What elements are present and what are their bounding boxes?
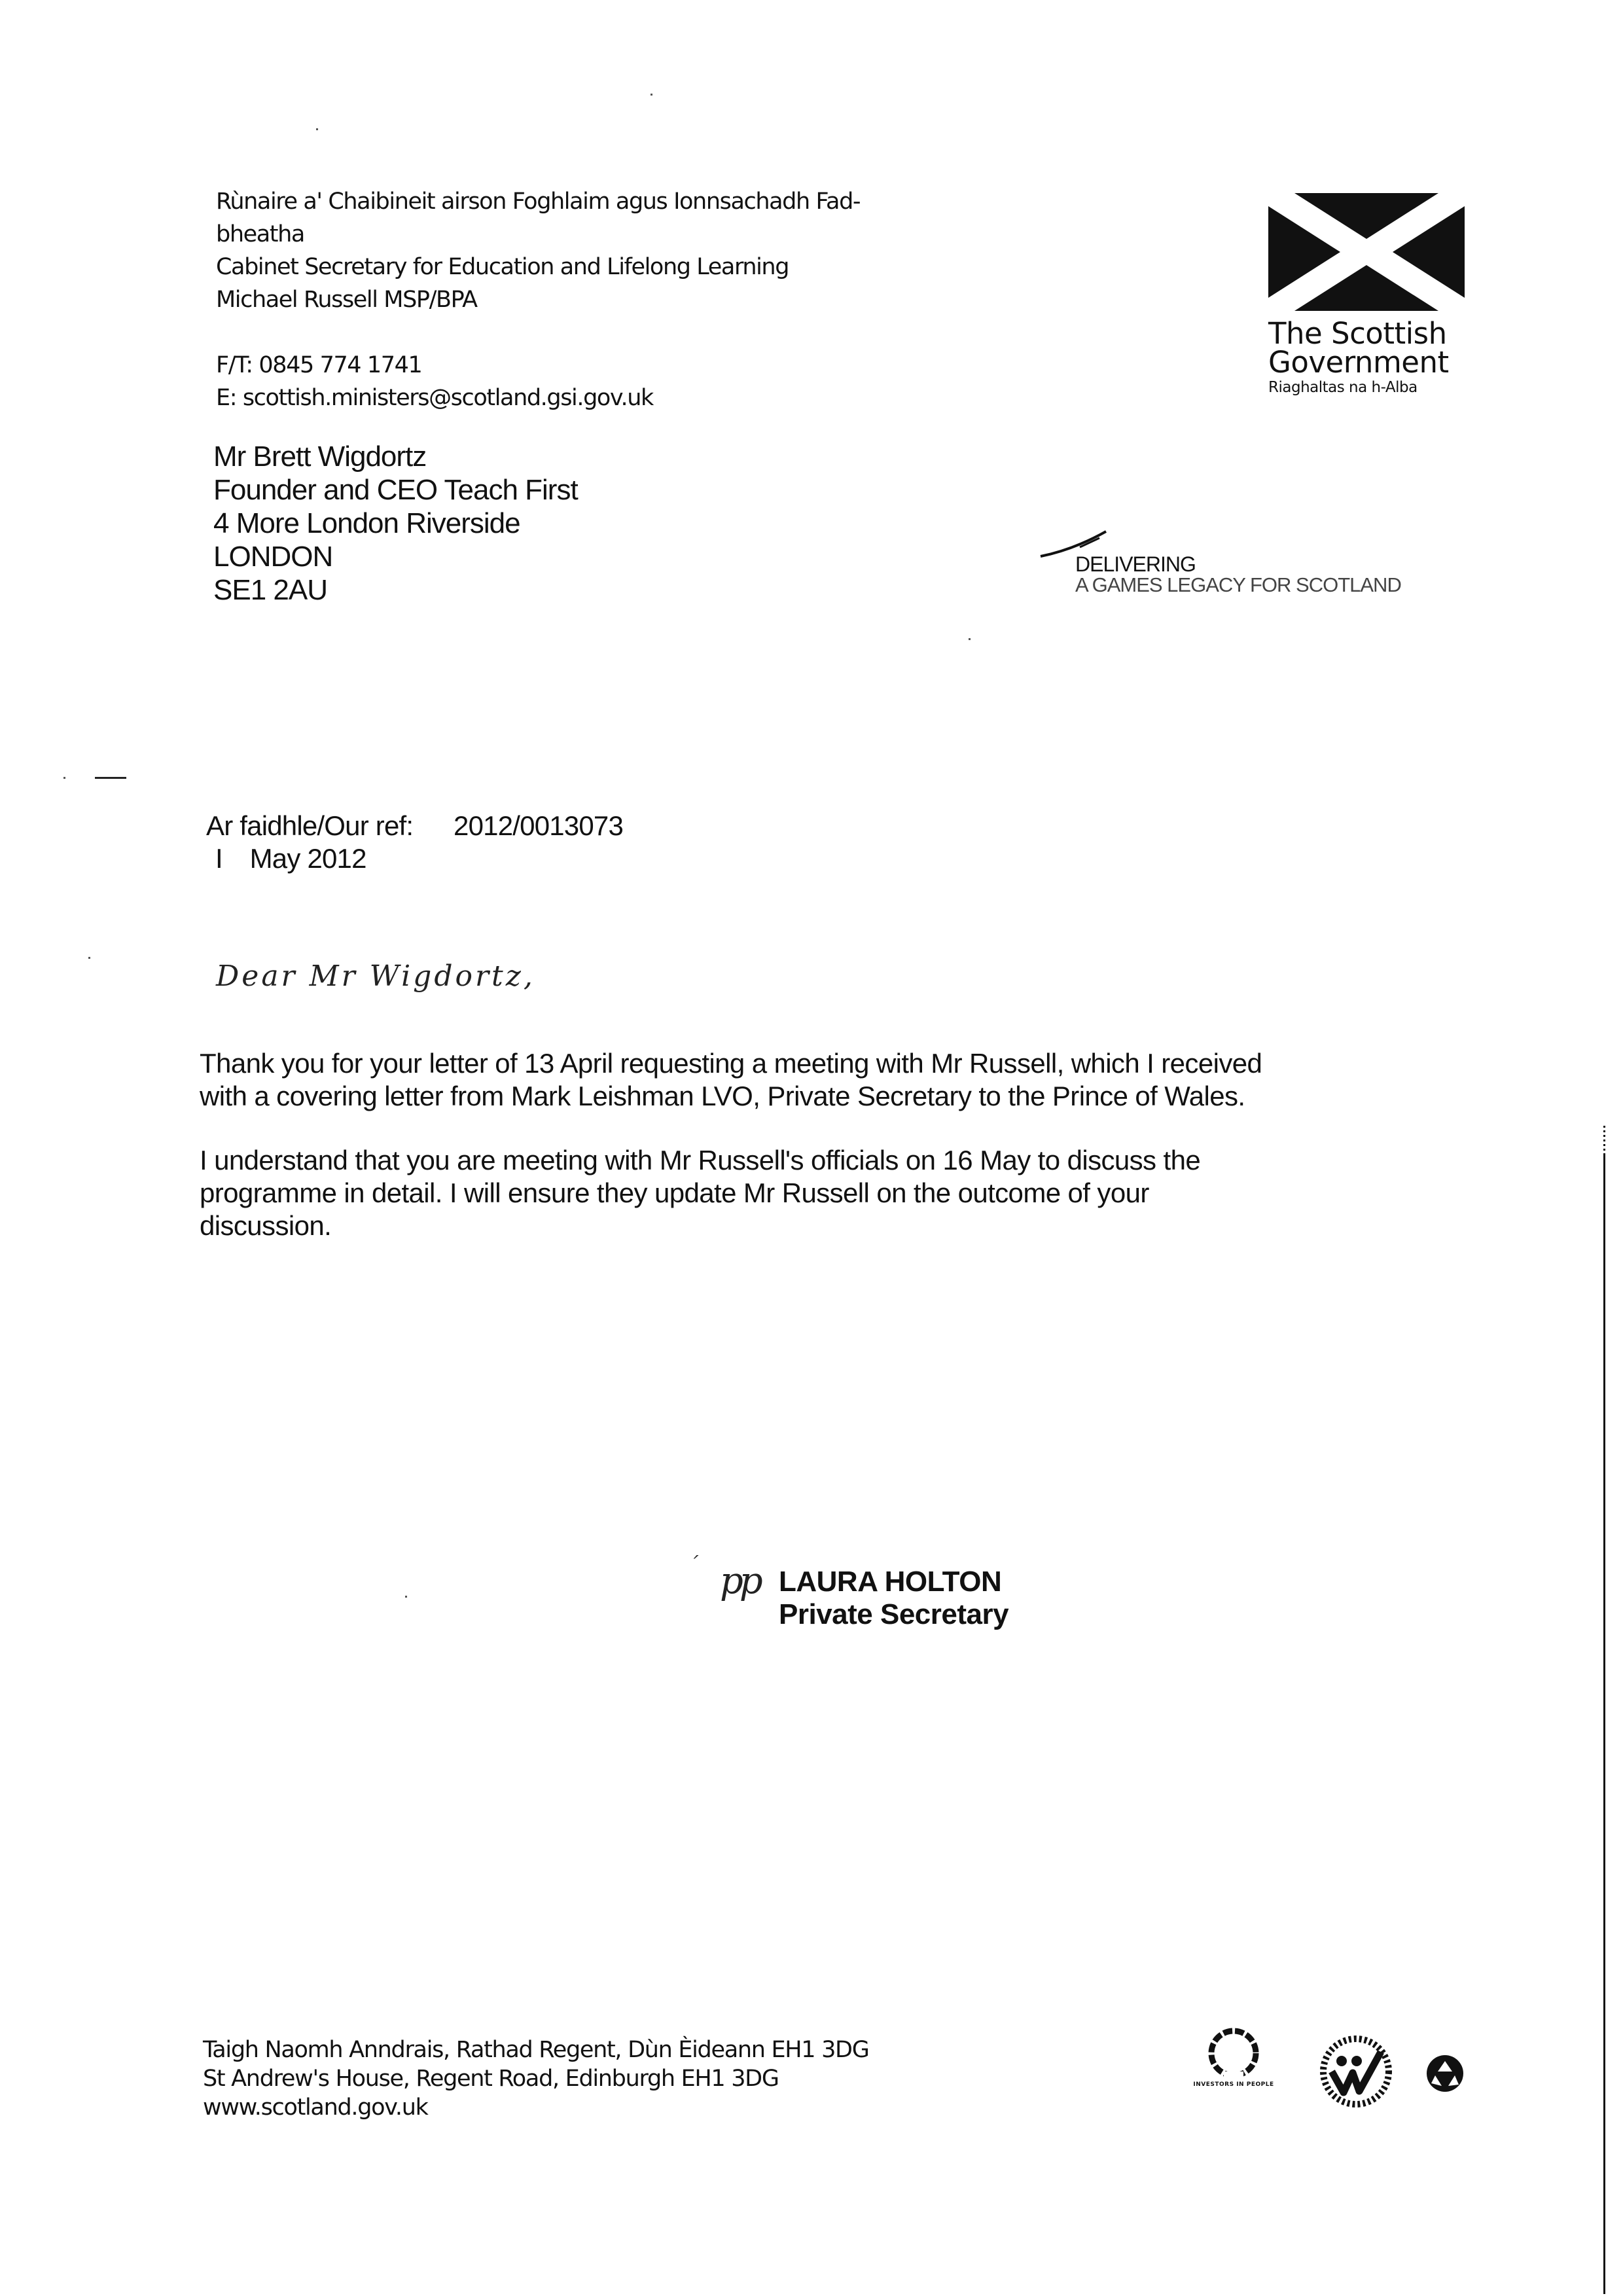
footer-website[interactable]: www.scotland.gov.uk — [203, 2093, 869, 2122]
body-line: Thank you for your letter of 13 April re… — [200, 1047, 1262, 1080]
footer-address: Taigh Naomh Anndrais, Rathad Regent, Dùn… — [203, 2036, 869, 2122]
scan-speck — [88, 957, 90, 959]
body-line: programme in detail. I will ensure they … — [200, 1177, 1262, 1210]
scan-speck — [405, 1596, 407, 1598]
badge-investors: INVESTORS IN PEOPLE — [1178, 2026, 1289, 2088]
recycle-icon — [1423, 2052, 1467, 2095]
games-legacy-mark: DELIVERING A GAMES LEGACY FOR SCOTLAND — [1034, 524, 1401, 596]
recipient-line: 4 More London Riverside — [213, 507, 578, 540]
date-day-mark: I — [215, 843, 223, 874]
logo-gaelic: Riaghaltas na h-Alba — [1263, 376, 1472, 399]
badge-recycle — [1423, 2052, 1467, 2098]
scan-speck — [316, 128, 318, 130]
saltire-flag-icon — [1268, 193, 1465, 311]
badge-positive-about-disabled — [1312, 2032, 1400, 2114]
scan-edge-line — [1603, 1155, 1605, 2294]
footer-badges: INVESTORS IN PEOPLE — [1178, 2026, 1479, 2111]
signature-stroke: ´ — [688, 1553, 701, 1576]
body-line: with a covering letter from Mark Leishma… — [200, 1080, 1262, 1113]
games-legacy-line2: A GAMES LEGACY FOR SCOTLAND — [1075, 575, 1401, 596]
sender-block: Rùnaire a' Chaibineit airson Foghlaim ag… — [216, 185, 860, 414]
sender-title-gaelic: Rùnaire a' Chaibineit airson Foghlaim ag… — [216, 185, 860, 218]
signatory: LAURA HOLTON Private Secretary — [779, 1566, 1008, 1631]
fold-mark — [95, 777, 126, 779]
body-line: discussion. — [200, 1210, 1262, 1242]
scan-edge-dashes — [1603, 1126, 1605, 1155]
scan-speck — [63, 777, 65, 779]
footer-address-english: St Andrew's House, Regent Road, Edinburg… — [203, 2064, 869, 2093]
recipient-line: SE1 2AU — [213, 573, 578, 607]
reference-label: Ar faidhle/Our ref: — [206, 810, 413, 841]
recipient-line: Mr Brett Wigdortz — [213, 440, 578, 473]
badge-label: INVESTORS IN PEOPLE — [1178, 2081, 1289, 2088]
letter-body: Thank you for your letter of 13 April re… — [200, 1047, 1262, 1242]
letter-date: May 2012 — [250, 843, 366, 874]
paragraph-1: Thank you for your letter of 13 April re… — [200, 1047, 1262, 1113]
investors-in-people-icon — [1204, 2026, 1263, 2081]
logo-line2: Government — [1263, 349, 1472, 376]
recipient-line: LONDON — [213, 540, 578, 573]
reference-value: 2012/0013073 — [454, 810, 623, 841]
scan-speck — [969, 638, 971, 640]
games-legacy-line1: DELIVERING — [1075, 554, 1401, 575]
body-line: I understand that you are meeting with M… — [200, 1144, 1262, 1177]
sender-title-gaelic-cont: bheatha — [216, 218, 860, 251]
sender-phone: F/T: 0845 774 1741 — [216, 349, 860, 382]
signatory-name: LAURA HOLTON — [779, 1566, 1008, 1598]
sender-email[interactable]: E: scottish.ministers@scotland.gsi.gov.u… — [216, 382, 860, 414]
signatory-role: Private Secretary — [779, 1598, 1008, 1631]
positive-about-disabled-people-icon — [1312, 2032, 1400, 2111]
footer-address-gaelic: Taigh Naomh Anndrais, Rathad Regent, Dùn… — [203, 2036, 869, 2064]
scan-speck — [651, 94, 652, 96]
scottish-government-logo: The Scottish Government Riaghaltas na h-… — [1263, 193, 1472, 399]
recipient-line: Founder and CEO Teach First — [213, 473, 578, 507]
paragraph-2: I understand that you are meeting with M… — [200, 1144, 1262, 1242]
salutation: Dear Mr Wigdortz, — [216, 960, 535, 993]
recipient-address: Mr Brett Wigdortz Founder and CEO Teach … — [213, 440, 578, 607]
pp-mark: pp — [720, 1560, 759, 1602]
reference-block: Ar faidhle/Our ref: 2012/0013073 I May 2… — [206, 810, 623, 875]
sender-name: Michael Russell MSP/BPA — [216, 283, 860, 316]
sender-title-english: Cabinet Secretary for Education and Life… — [216, 251, 860, 283]
